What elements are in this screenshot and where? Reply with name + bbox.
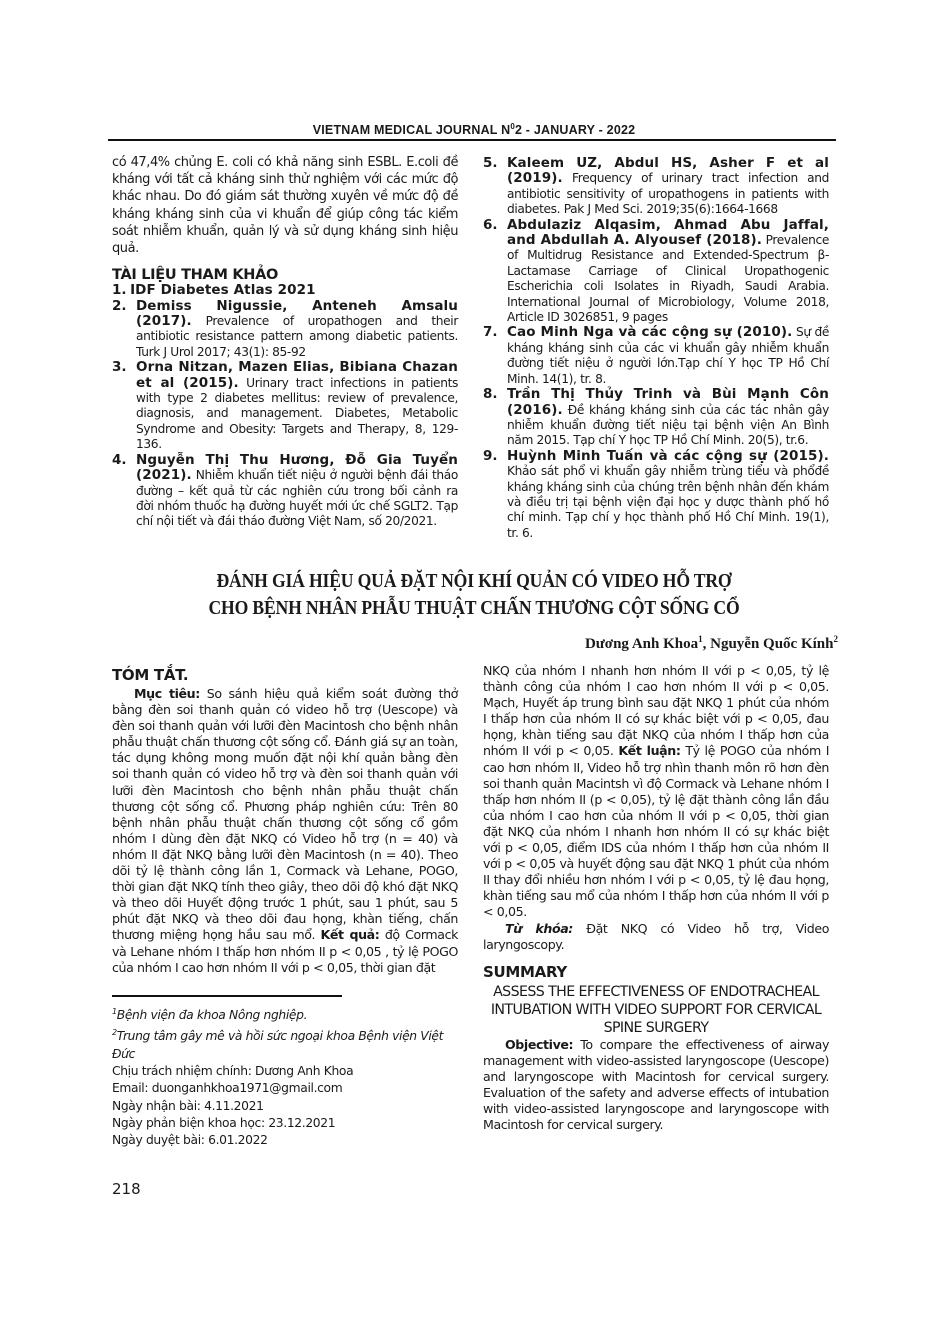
summary-paragraph: Objective: To compare the effectiveness … xyxy=(483,1037,829,1134)
corresponding-author: Chịu trách nhiệm chính: Dương Anh Khoa xyxy=(112,1063,462,1080)
affiliation-1: 1Bệnh viện đa khoa Nông nghiệp. xyxy=(112,1003,462,1024)
abstract-right-column: NKQ của nhóm I nhanh hơn nhóm II với p <… xyxy=(483,663,829,1133)
reference-item: 9.Huỳnh Minh Tuấn và các cộng sự (2015).… xyxy=(483,449,829,541)
abstract-continuation: NKQ của nhóm I nhanh hơn nhóm II với p <… xyxy=(483,663,829,921)
reference-item: 8.Trần Thị Thủy Trinh và Bùi Mạnh Côn (2… xyxy=(483,387,829,449)
previous-article-right-column: 5.Kaleem UZ, Abdul HS, Asher F et al (20… xyxy=(483,156,829,541)
abstract-heading: TÓM TẮT. xyxy=(112,666,458,684)
methods-label: Phương pháp nghiên cứu: xyxy=(244,799,405,814)
summary-title: ASSESS THE EFFECTIVENESS OF ENDOTRACHEAL… xyxy=(483,983,829,1037)
reference-list-left: 1. IDF Diabetes Atlas 2021 2.Demiss Nigu… xyxy=(112,283,458,530)
reference-item: 1. IDF Diabetes Atlas 2021 xyxy=(112,283,458,298)
received-date: Ngày nhận bài: 4.11.2021 xyxy=(112,1098,462,1115)
accepted-date: Ngày duyệt bài: 6.01.2022 xyxy=(112,1132,462,1149)
author-name: Nguyễn Quốc Kính xyxy=(710,636,833,652)
footnotes: 1Bệnh viện đa khoa Nông nghiệp. 2Trung t… xyxy=(112,1003,462,1150)
reference-item: 7.Cao Minh Nga và các cộng sự (2010). Sự… xyxy=(483,325,829,387)
review-date: Ngày phản biện khoa học: 23.12.2021 xyxy=(112,1115,462,1132)
previous-article-left-column: có 47,4% chủng E. coli có khả năng sinh … xyxy=(112,154,458,530)
journal-page: VIETNAM MEDICAL JOURNAL N02 - JANUARY - … xyxy=(0,0,942,1333)
summary-heading: SUMMARY xyxy=(483,963,829,981)
abstract-paragraph: Mục tiêu: So sánh hiệu quả kiểm soát đườ… xyxy=(112,686,458,976)
reference-item: 3.Orna Nitzan, Mazen Elias, Bibiana Chaz… xyxy=(112,360,458,452)
journal-name: VIETNAM MEDICAL JOURNAL N xyxy=(313,123,511,137)
article-title-line-2: CHO BỆNH NHÂN PHẪU THUẬT CHẤN THƯƠNG CỘT… xyxy=(163,595,786,622)
author-name: Dương Anh Khoa xyxy=(585,636,698,652)
references-heading: TÀI LIỆU THAM KHẢO xyxy=(112,267,458,283)
page-number: 218 xyxy=(112,1180,141,1198)
reference-item: 5.Kaleem UZ, Abdul HS, Asher F et al (20… xyxy=(483,156,829,218)
issue-date: 2 - JANUARY - 2022 xyxy=(515,123,635,137)
reference-list-right: 5.Kaleem UZ, Abdul HS, Asher F et al (20… xyxy=(483,156,829,541)
author-affiliation-mark: 1 xyxy=(698,634,703,644)
article-title-line-1: ĐÁNH GIÁ HIỆU QUẢ ĐẶT NỘI KHÍ QUẢN CÓ VI… xyxy=(163,568,786,595)
conclusion-label: Kết luận: xyxy=(618,743,680,758)
header-rule xyxy=(108,139,836,141)
objective-label: Mục tiêu: xyxy=(134,686,200,701)
results-label: Kết quả: xyxy=(321,927,380,942)
running-header: VIETNAM MEDICAL JOURNAL N02 - JANUARY - … xyxy=(112,122,836,137)
author-affiliation-mark: 2 xyxy=(834,634,839,644)
article-authors: Dương Anh Khoa1, Nguyễn Quốc Kính2 xyxy=(585,634,838,653)
footnote-rule xyxy=(112,995,342,997)
summary-objective-label: Objective: xyxy=(505,1037,573,1052)
reference-item: 4.Nguyễn Thị Thu Hương, Đỗ Gia Tuyển (20… xyxy=(112,453,458,530)
abstract-left-column: TÓM TẮT. Mục tiêu: So sánh hiệu quả kiểm… xyxy=(112,666,458,976)
previous-conclusion-paragraph: có 47,4% chủng E. coli có khả năng sinh … xyxy=(112,154,458,257)
reference-item: 6.Abdulaziz Alqasim, Ahmad Abu Jaffal, a… xyxy=(483,218,829,326)
article-title: ĐÁNH GIÁ HIỆU QUẢ ĐẶT NỘI KHÍ QUẢN CÓ VI… xyxy=(163,568,786,622)
affiliation-2: 2Trung tâm gây mê và hồi sức ngoại khoa … xyxy=(112,1024,462,1063)
reference-item: 2.Demiss Nigussie, Anteneh Amsalu (2017)… xyxy=(112,299,458,361)
keywords-label: Từ khóa: xyxy=(505,921,573,936)
keywords: Từ khóa: Đặt NKQ có Video hỗ trợ, Video … xyxy=(483,921,829,953)
email: Email: duonganhkhoa1971@gmail.com xyxy=(112,1080,462,1097)
